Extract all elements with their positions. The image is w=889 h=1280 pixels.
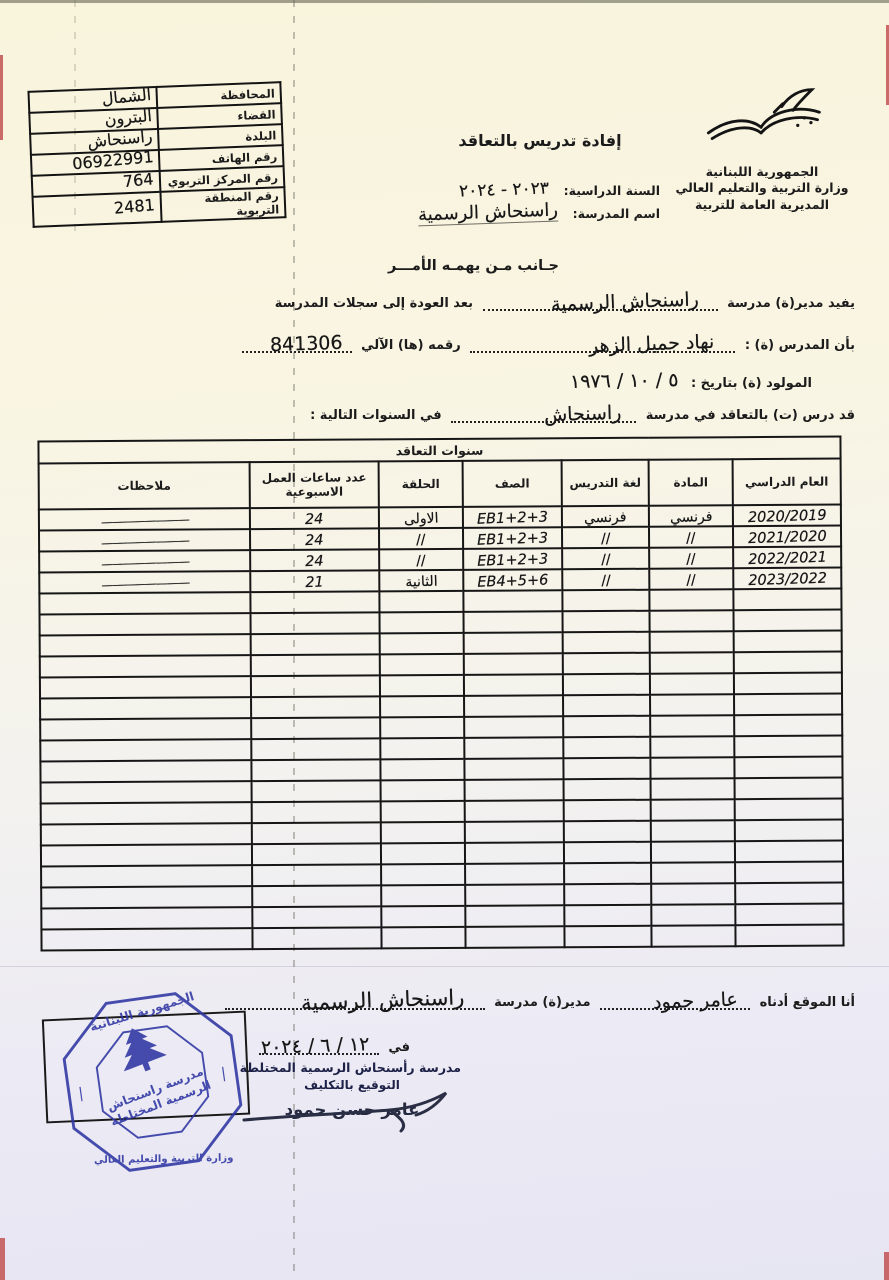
contract-cell-handwritten: فرنسي bbox=[669, 509, 712, 526]
contract-empty-cell bbox=[735, 862, 843, 884]
contract-empty-cell bbox=[252, 822, 381, 844]
contract-cell-handwritten: // bbox=[601, 531, 611, 547]
official-stamp: الجمهورية اللبنانية وزارة التربية والتعل… bbox=[38, 973, 268, 1192]
contract-cell-handwritten: // bbox=[686, 572, 696, 588]
scan-edge-mark bbox=[0, 55, 3, 140]
dotted-line: راسنحاش الرسمية bbox=[483, 296, 718, 311]
contract-cell-handwritten: // bbox=[416, 553, 426, 569]
scanned-document-page: المحافظةالشمالالقضاءالبترونالبلدةراسنحاش… bbox=[0, 0, 889, 1280]
contract-empty-cell bbox=[733, 589, 841, 611]
ministry-line: وزارة التربية والتعليم العالي bbox=[643, 180, 881, 196]
contract-empty-cell bbox=[562, 611, 649, 633]
contract-empty-cell bbox=[251, 696, 380, 718]
contract-cell: ———————— bbox=[39, 529, 250, 551]
contract-empty-cell bbox=[464, 737, 563, 759]
contract-empty-cell bbox=[649, 610, 733, 632]
dotted-line: عامر حمود bbox=[600, 995, 750, 1010]
contract-empty-cell bbox=[465, 905, 564, 927]
contract-empty-cell bbox=[650, 673, 734, 695]
school-name-line: اسم المدرسة: راسنحاش الرسمية bbox=[418, 202, 660, 224]
birthdate-label: المولود (ة) بتاريخ : bbox=[691, 376, 812, 391]
contract-empty-cell bbox=[651, 904, 735, 926]
contract-empty-cell bbox=[464, 674, 563, 696]
contract-table-region: سنوات التعاقد العام الدراسيالمادةلغة الت… bbox=[37, 436, 844, 952]
contract-empty-cell bbox=[734, 736, 842, 758]
contract-table: سنوات التعاقد العام الدراسيالمادةلغة الت… bbox=[37, 436, 844, 952]
contract-column-header: الحلقة bbox=[379, 461, 463, 508]
contract-cell: الثانية bbox=[379, 570, 463, 592]
contract-cell-handwritten: EB1+2+3 bbox=[477, 530, 549, 548]
contract-empty-cell bbox=[735, 883, 843, 905]
contract-empty-cell bbox=[562, 590, 649, 612]
info-value-handwritten: 764 bbox=[123, 169, 155, 191]
contract-empty-cell bbox=[381, 801, 465, 823]
statement-line-3: المولود (ة) بتاريخ : ٥ / ١٠ / ١٩٧٦ bbox=[570, 370, 812, 392]
contract-cell: EB4+5+6 bbox=[463, 569, 562, 591]
statement-line-2: بأن المدرس (ة) : نهاد جميل الزهر رقمه (ه… bbox=[237, 338, 855, 353]
contract-empty-cell bbox=[464, 611, 563, 633]
contract-empty-cell bbox=[563, 695, 650, 717]
contract-cell: فرنسي bbox=[649, 505, 733, 527]
contract-empty-cell bbox=[380, 654, 464, 676]
contract-empty-cell bbox=[735, 820, 843, 842]
declaration-mid: مدير(ة) مدرسة bbox=[494, 995, 590, 1010]
contract-empty-cell bbox=[380, 675, 464, 697]
contract-empty-cell bbox=[563, 674, 650, 696]
info-value-cell: 2481 bbox=[33, 192, 162, 227]
stamp-tick: | bbox=[77, 1086, 84, 1103]
contract-cell: 2023/2022 bbox=[733, 568, 841, 590]
contract-empty-cell bbox=[735, 925, 843, 947]
school-year-value-handwritten: ٢٠٢٣ - ٢٠٢٤ bbox=[459, 178, 550, 201]
contract-cell-handwritten: ———————— bbox=[101, 575, 189, 592]
declaration-school-handwritten: راسنحاش الرسمية bbox=[300, 985, 464, 1015]
info-table: المحافظةالشمالالقضاءالبترونالبلدةراسنحاش… bbox=[27, 81, 286, 228]
dotted-line: نهاد جميل الزهر bbox=[470, 338, 735, 353]
contract-empty-cell bbox=[251, 654, 380, 676]
contract-cell-handwritten: EB1+2+3 bbox=[477, 509, 549, 527]
school-year-label: السنة الدراسية: bbox=[564, 183, 660, 198]
contract-empty-cell bbox=[563, 758, 650, 780]
contract-empty-cell bbox=[380, 759, 464, 781]
contract-empty-cell bbox=[735, 778, 843, 800]
contract-empty-cell bbox=[250, 591, 379, 613]
contract-cell-handwritten: الاولى bbox=[403, 511, 438, 528]
footer-school-name: مدرسة رأسنحاش الرسمية المختلطة bbox=[243, 1060, 461, 1075]
contract-empty-cell bbox=[464, 758, 563, 780]
contract-empty-cell bbox=[650, 631, 734, 653]
contract-empty-cell bbox=[379, 591, 463, 613]
scan-edge bbox=[0, 0, 889, 3]
contract-cell: // bbox=[379, 528, 463, 550]
school-name-value-handwritten: راسنحاش الرسمية bbox=[418, 200, 559, 227]
contract-cell-handwritten: 24 bbox=[305, 532, 324, 549]
contract-empty-cell bbox=[650, 757, 734, 779]
contract-cell: ———————— bbox=[39, 550, 250, 572]
paper-fold-crease bbox=[0, 966, 889, 967]
cedar-tree-icon bbox=[110, 1020, 169, 1079]
school-year-line: السنة الدراسية: ٢٠٢٣ - ٢٠٢٤ bbox=[459, 180, 660, 200]
contract-column-header: العام الدراسي bbox=[733, 459, 841, 506]
contract-empty-cell bbox=[252, 864, 381, 886]
contract-empty-cell bbox=[563, 737, 650, 759]
contract-empty-cell bbox=[465, 842, 564, 864]
contract-empty-cell bbox=[251, 675, 380, 697]
contract-empty-row bbox=[41, 925, 843, 951]
contract-empty-cell bbox=[251, 738, 380, 760]
line2-prefix: بأن المدرس (ة) : bbox=[745, 338, 855, 353]
contract-cell-handwritten: ———————— bbox=[100, 533, 188, 550]
contract-empty-cell bbox=[252, 801, 381, 823]
contract-empty-cell bbox=[380, 633, 464, 655]
contract-cell-handwritten: الثانية bbox=[405, 574, 438, 591]
contract-empty-cell bbox=[734, 757, 842, 779]
document-title: إفادة تدريس بالتعاقد bbox=[420, 131, 660, 150]
ministry-line: الجمهورية اللبنانية bbox=[643, 164, 881, 180]
contract-empty-cell bbox=[252, 843, 381, 865]
ministry-block: الجمهورية اللبنانية وزارة التربية والتعل… bbox=[643, 84, 881, 213]
scan-edge-mark bbox=[884, 1252, 889, 1280]
contract-cell-handwritten: EB1+2+3 bbox=[477, 551, 549, 569]
contract-empty-cell bbox=[651, 799, 735, 821]
scan-edge-mark bbox=[0, 1238, 5, 1280]
contract-cell-handwritten: EB4+5+6 bbox=[477, 572, 549, 590]
contract-cell: EB1+2+3 bbox=[463, 506, 562, 528]
open-book-icon bbox=[687, 84, 837, 164]
contract-empty-cell bbox=[464, 632, 563, 654]
contract-column-header: لغة التدريس bbox=[562, 460, 649, 507]
contract-empty-cell bbox=[651, 841, 735, 863]
contract-cell: EB1+2+3 bbox=[463, 548, 562, 570]
contract-empty-cell bbox=[380, 738, 464, 760]
contract-empty-cell bbox=[651, 883, 735, 905]
contract-empty-cell bbox=[563, 653, 650, 675]
contract-empty-cell bbox=[381, 864, 465, 886]
contract-column-header: عدد ساعات العمل الاسبوعية bbox=[250, 461, 379, 508]
declaration-line: أنا الموقع أدناه عامر حمود مدير(ة) مدرسة… bbox=[220, 995, 855, 1010]
contract-cell-handwritten: // bbox=[601, 573, 611, 589]
contract-empty-cell bbox=[381, 822, 465, 844]
school-name-label: اسم المدرسة: bbox=[573, 206, 660, 221]
contract-empty-cell bbox=[40, 655, 251, 677]
contract-empty-cell bbox=[381, 906, 465, 928]
contract-cell: // bbox=[649, 526, 733, 548]
contract-cell-handwritten: // bbox=[686, 530, 696, 546]
contract-cell: 24 bbox=[250, 549, 379, 571]
stamp-ring-bottom-text: وزارة التربية والتعليم العالي bbox=[94, 1153, 234, 1166]
contract-empty-cell bbox=[734, 673, 842, 695]
signature-label: التوقيع بالتكليف bbox=[243, 1078, 461, 1092]
contract-cell: 2021/2020 bbox=[733, 526, 841, 548]
contract-empty-cell bbox=[465, 779, 564, 801]
contract-empty-cell bbox=[41, 802, 252, 824]
contract-cell: ———————— bbox=[39, 571, 250, 593]
contract-empty-cell bbox=[381, 843, 465, 865]
contract-empty-cell bbox=[40, 613, 251, 635]
date-handwritten: ١٢ / ٦ / ٢٠٢٤ bbox=[260, 1033, 369, 1059]
contract-cell: // bbox=[562, 548, 649, 570]
contract-cell-handwritten: 24 bbox=[305, 553, 324, 570]
line1-prefix: يفيد مدير(ة) مدرسة bbox=[727, 296, 855, 311]
contract-cell: // bbox=[649, 547, 733, 569]
contract-cell-handwritten: 2020/2019 bbox=[747, 508, 826, 527]
declarant-name-handwritten: عامر حمود bbox=[653, 989, 739, 1014]
contract-empty-cell bbox=[41, 886, 252, 908]
contract-cell: الاولى bbox=[379, 507, 463, 529]
contract-empty-cell bbox=[252, 780, 381, 802]
contract-empty-cell bbox=[40, 697, 251, 719]
contract-empty-cell bbox=[380, 696, 464, 718]
contract-cell: 24 bbox=[250, 528, 379, 550]
contract-empty-cell bbox=[465, 863, 564, 885]
signature-block: مدرسة رأسنحاش الرسمية المختلطة التوقيع ب… bbox=[243, 1060, 461, 1119]
contract-empty-cell bbox=[734, 694, 842, 716]
contract-empty-cell bbox=[41, 865, 252, 887]
contract-empty-cell bbox=[252, 927, 381, 949]
stamp-ring-top-text: الجمهورية اللبنانية bbox=[88, 989, 196, 1035]
contract-empty-cell bbox=[564, 800, 651, 822]
contract-empty-cell bbox=[651, 925, 735, 947]
contract-empty-cell bbox=[564, 926, 651, 948]
dotted-line: راسنحاش bbox=[451, 408, 636, 423]
dotted-line: راسنحاش الرسمية bbox=[225, 995, 485, 1010]
contract-empty-cell bbox=[651, 820, 735, 842]
contract-cell: فرنسي bbox=[562, 506, 649, 528]
contract-empty-cell bbox=[564, 863, 651, 885]
contract-empty-cell bbox=[380, 717, 464, 739]
contract-cell: 2022/2021 bbox=[733, 547, 841, 569]
contract-cell: ———————— bbox=[39, 508, 250, 530]
statement-line-4: قد درس (ت) بالتعاقد في مدرسة راسنحاش في … bbox=[310, 408, 855, 423]
contract-empty-cell bbox=[381, 927, 465, 949]
contract-empty-cell bbox=[734, 652, 842, 674]
statement-line-1: يفيد مدير(ة) مدرسة راسنحاش الرسمية بعد ا… bbox=[275, 296, 855, 311]
contract-cell-handwritten: 2023/2022 bbox=[748, 571, 827, 590]
contract-cell: EB1+2+3 bbox=[463, 527, 562, 549]
contract-empty-cell bbox=[40, 718, 251, 740]
contract-empty-cell bbox=[251, 633, 380, 655]
contract-empty-cell bbox=[41, 823, 252, 845]
contract-table-body: 2020/2019فرنسيفرنسيEB1+2+3الاولى24——————… bbox=[39, 505, 844, 951]
contract-empty-cell bbox=[40, 676, 251, 698]
contract-cell: 21 bbox=[250, 570, 379, 592]
contract-empty-cell bbox=[564, 884, 651, 906]
contract-empty-cell bbox=[40, 634, 251, 656]
contract-empty-cell bbox=[564, 779, 651, 801]
contract-empty-cell bbox=[464, 653, 563, 675]
dotted-line: ١٢ / ٦ / ٢٠٢٤ bbox=[259, 1040, 379, 1055]
contract-cell-handwritten: // bbox=[686, 551, 696, 567]
contract-empty-cell bbox=[40, 760, 251, 782]
contract-empty-cell bbox=[251, 717, 380, 739]
info-value-handwritten: 2481 bbox=[113, 195, 155, 218]
contract-cell-handwritten: // bbox=[416, 532, 426, 548]
contract-column-header: ملاحظات bbox=[39, 462, 250, 509]
birthdate-handwritten: ٥ / ١٠ / ١٩٧٦ bbox=[570, 369, 679, 393]
contract-empty-cell bbox=[735, 799, 843, 821]
contract-empty-cell bbox=[733, 610, 841, 632]
contract-empty-cell bbox=[564, 842, 651, 864]
contract-empty-cell bbox=[380, 612, 464, 634]
declaration-prefix: أنا الموقع أدناه bbox=[760, 995, 855, 1010]
contract-empty-cell bbox=[381, 885, 465, 907]
contract-column-header: المادة bbox=[649, 459, 733, 506]
line2-mid: رقمه (ها) الآلي bbox=[361, 338, 461, 353]
contract-cell-handwritten: 2021/2020 bbox=[747, 529, 826, 548]
contract-empty-cell bbox=[251, 612, 380, 634]
line1-school-handwritten: راسنحاش الرسمية bbox=[551, 288, 699, 315]
line4-prefix: قد درس (ت) بالتعاقد في مدرسة bbox=[646, 408, 855, 423]
contract-cell: 2020/2019 bbox=[733, 505, 841, 527]
contract-empty-cell bbox=[650, 652, 734, 674]
info-label: رقم المنطقة التربوية bbox=[160, 187, 285, 222]
contract-empty-cell bbox=[564, 821, 651, 843]
contract-empty-cell bbox=[649, 589, 733, 611]
contract-cell-handwritten: // bbox=[601, 552, 611, 568]
contract-empty-cell bbox=[464, 695, 563, 717]
contract-empty-cell bbox=[563, 716, 650, 738]
contract-empty-cell bbox=[465, 821, 564, 843]
line4-suffix: في السنوات التالية : bbox=[310, 408, 442, 423]
contract-empty-cell bbox=[40, 739, 251, 761]
contract-empty-cell bbox=[381, 780, 465, 802]
contract-empty-cell bbox=[465, 800, 564, 822]
contract-header-row: العام الدراسيالمادةلغة التدريسالصفالحلقة… bbox=[39, 459, 841, 510]
contract-column-header: الصف bbox=[463, 460, 562, 507]
stamp-tick: | bbox=[220, 1066, 227, 1083]
contract-cell-handwritten: 24 bbox=[305, 511, 324, 528]
contract-empty-cell bbox=[39, 592, 250, 614]
contract-empty-cell bbox=[650, 736, 734, 758]
contract-cell: // bbox=[379, 549, 463, 571]
contract-empty-cell bbox=[464, 716, 563, 738]
contract-cell-handwritten: 21 bbox=[305, 574, 324, 591]
contract-cell: 24 bbox=[250, 507, 379, 529]
ministry-line: المديرية العامة للتربية bbox=[643, 197, 881, 213]
contract-empty-cell bbox=[564, 905, 651, 927]
contract-cell-handwritten: ———————— bbox=[100, 554, 188, 571]
contract-empty-cell bbox=[252, 906, 381, 928]
teacher-number-handwritten: 841306 bbox=[270, 332, 343, 357]
date-line: في ١٢ / ٦ / ٢٠٢٤ bbox=[254, 1040, 410, 1055]
info-value-handwritten: البترون bbox=[104, 106, 153, 129]
contract-empty-cell bbox=[41, 844, 252, 866]
line4-school-handwritten: راسنحاش bbox=[544, 402, 622, 427]
teacher-name-handwritten: نهاد جميل الزهر bbox=[588, 331, 714, 357]
contract-cell: // bbox=[562, 527, 649, 549]
contract-empty-cell bbox=[463, 590, 562, 612]
contract-empty-cell bbox=[41, 907, 252, 929]
contract-empty-cell bbox=[650, 715, 734, 737]
contract-cell-handwritten: 2022/2021 bbox=[748, 550, 827, 569]
principal-name: عامر حسن حمود bbox=[243, 1100, 461, 1119]
to-whom-heading: جـانب مـن يهمـه الأمـــر bbox=[388, 258, 559, 274]
info-value-handwritten: الشمال bbox=[101, 85, 152, 108]
contract-empty-cell bbox=[41, 928, 252, 950]
line1-suffix: بعد العودة إلى سجلات المدرسة bbox=[275, 296, 473, 311]
contract-empty-cell bbox=[651, 778, 735, 800]
contract-cell: // bbox=[562, 569, 649, 591]
contract-empty-cell bbox=[650, 694, 734, 716]
contract-empty-cell bbox=[252, 885, 381, 907]
contract-cell: // bbox=[649, 568, 733, 590]
contract-empty-cell bbox=[251, 759, 380, 781]
dotted-line: 841306 bbox=[242, 338, 352, 353]
date-label: في bbox=[388, 1040, 410, 1055]
contract-cell-handwritten: ———————— bbox=[100, 512, 188, 529]
contract-cell-handwritten: فرنسي bbox=[584, 509, 627, 526]
contract-empty-cell bbox=[734, 631, 842, 653]
contract-empty-cell bbox=[563, 632, 650, 654]
contract-empty-cell bbox=[465, 926, 564, 948]
info-table-body: المحافظةالشمالالقضاءالبترونالبلدةراسنحاش… bbox=[29, 82, 286, 227]
contract-empty-cell bbox=[735, 904, 843, 926]
contract-empty-cell bbox=[651, 862, 735, 884]
contract-empty-cell bbox=[465, 884, 564, 906]
contract-empty-cell bbox=[41, 781, 252, 803]
contract-empty-cell bbox=[734, 715, 842, 737]
contract-empty-cell bbox=[735, 841, 843, 863]
